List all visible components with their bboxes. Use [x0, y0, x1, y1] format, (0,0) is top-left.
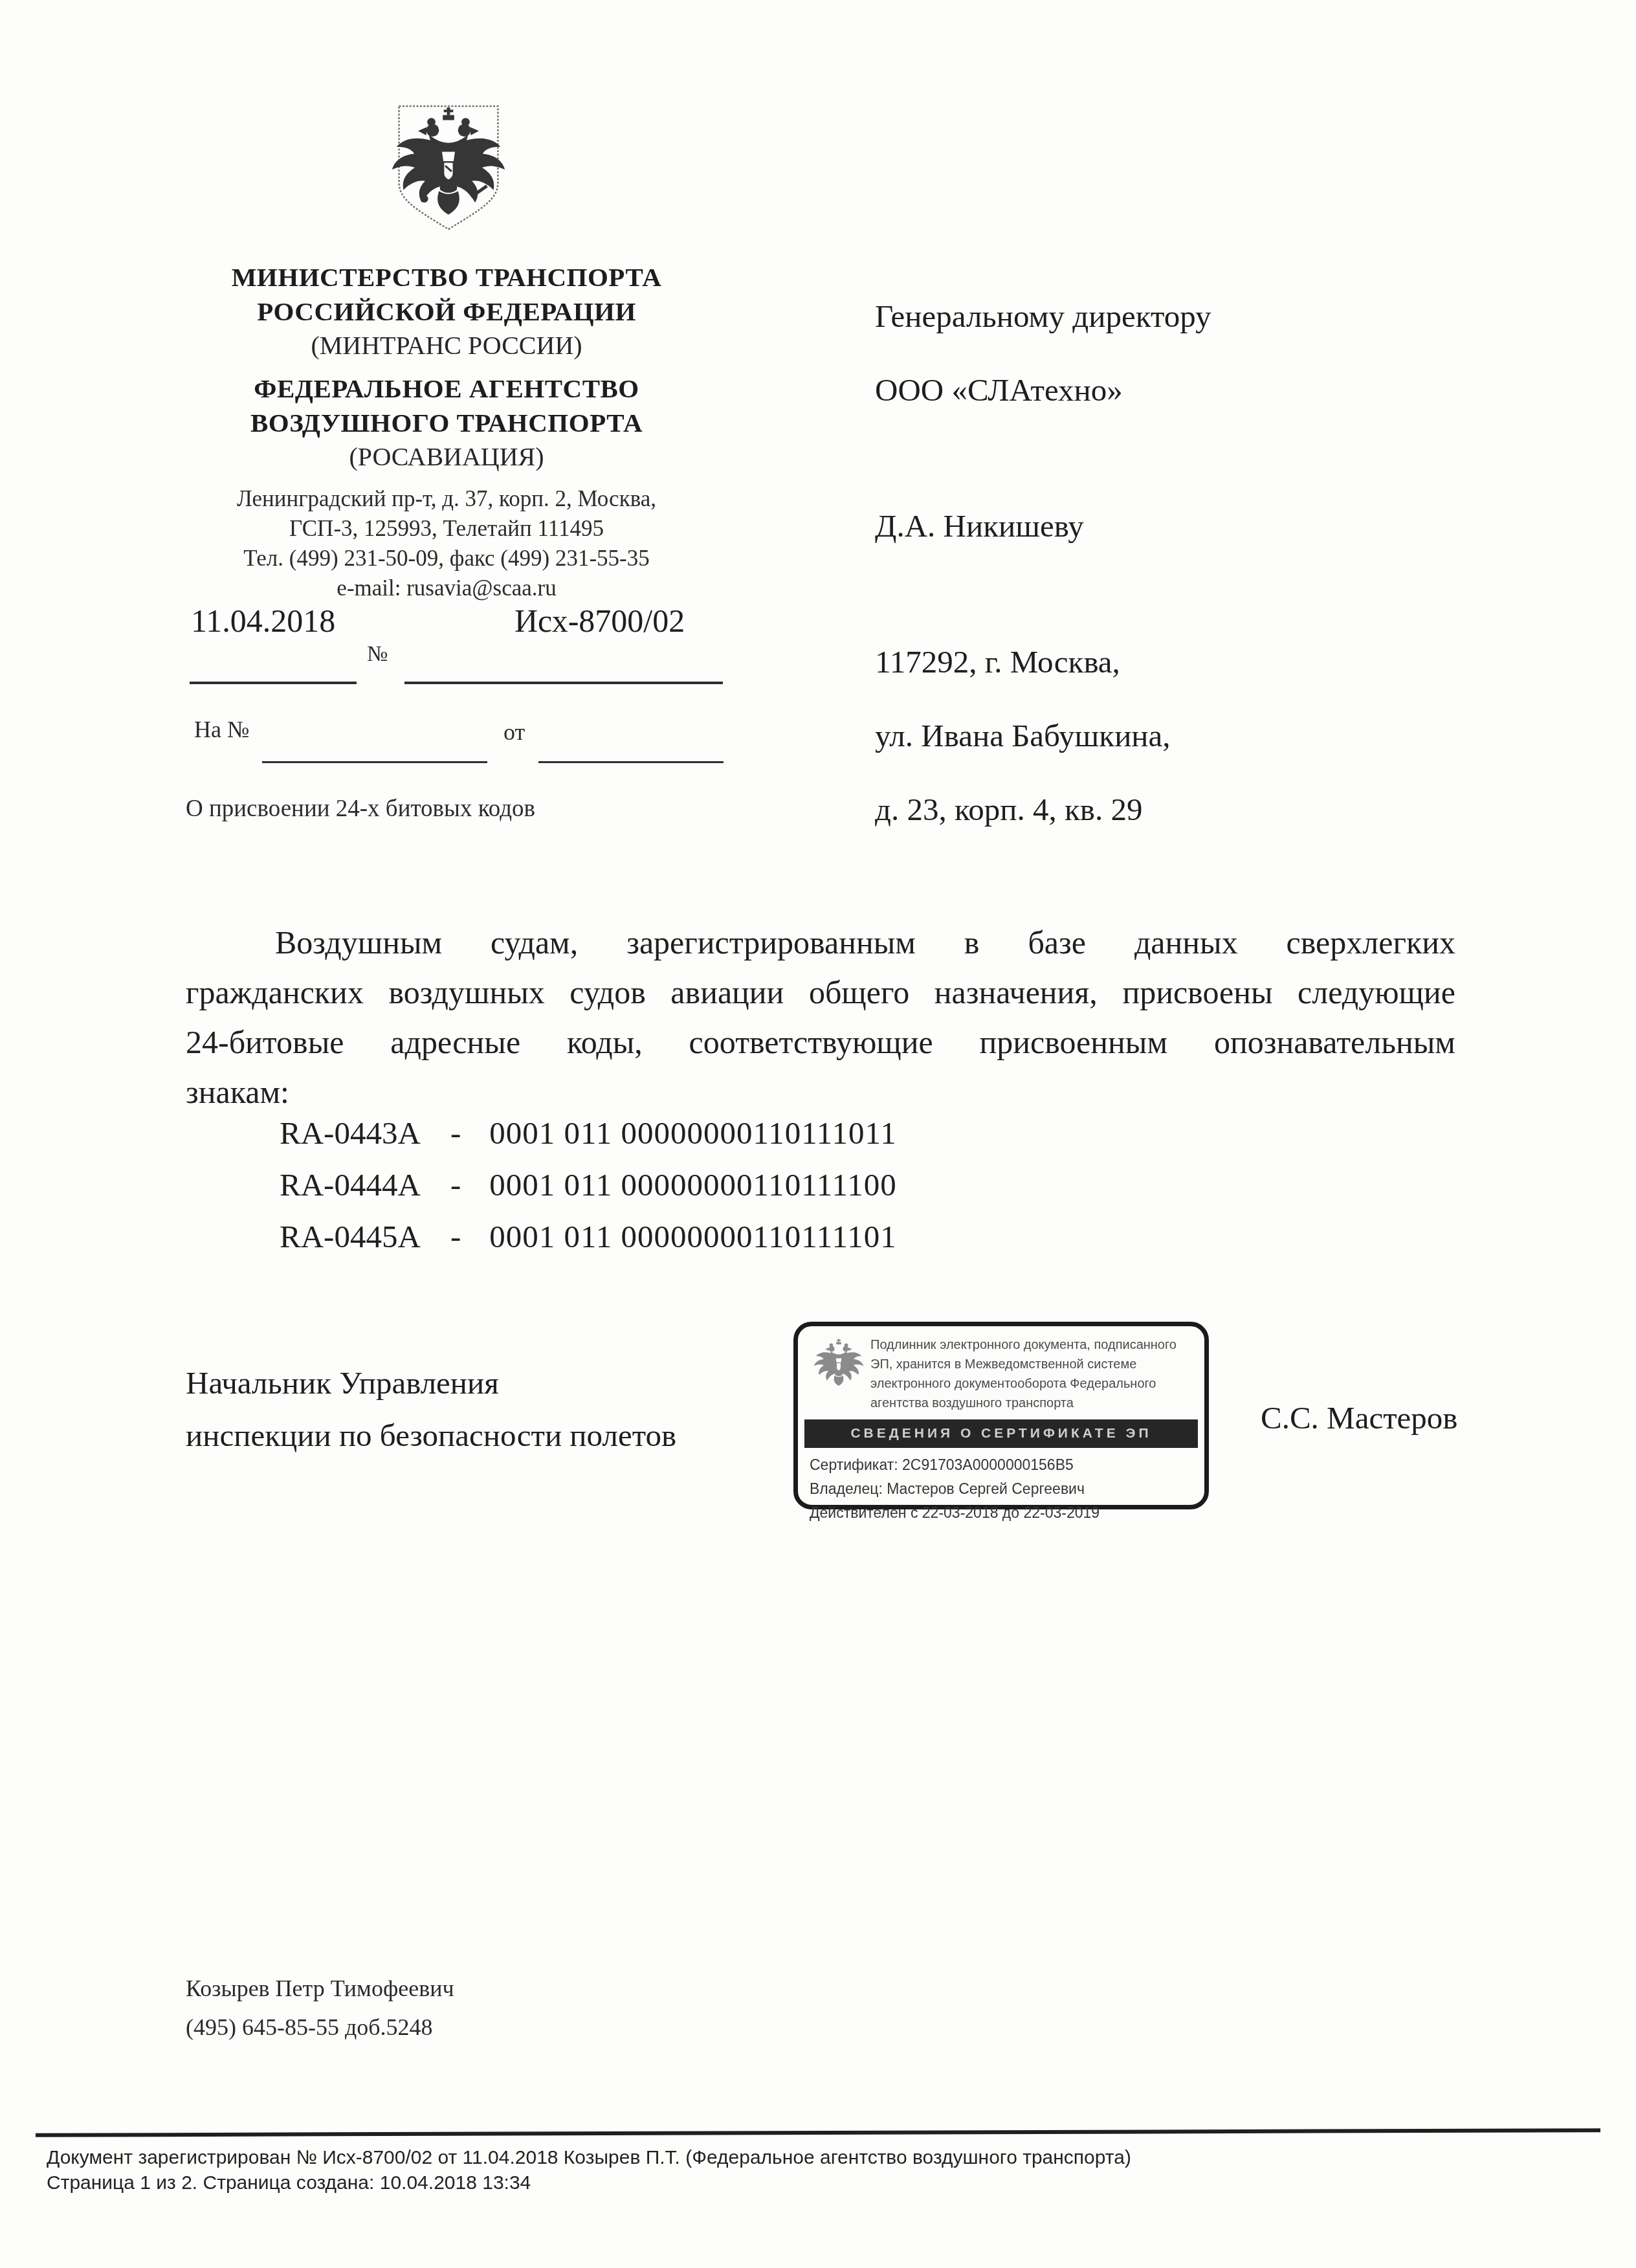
recipient-line: Д.А. Никишеву [875, 489, 1496, 563]
signer-name: С.С. Мастеров [1261, 1399, 1457, 1436]
ministry-name-line: МИНИСТЕРСТВО ТРАНСПОРТА [165, 260, 728, 295]
number-underline [404, 682, 723, 684]
address-code: 0001 011 00000000110111011 [489, 1115, 896, 1151]
separator: - [450, 1218, 461, 1255]
signer-title: Начальник Управления инспекции по безопа… [186, 1357, 676, 1462]
esignature-stamp: Подлинник электронного документа, подпис… [793, 1322, 1209, 1509]
date-underline [190, 682, 357, 684]
contact-line: e-mail: rusavia@scaa.ru [165, 573, 728, 603]
recipient-line: Генеральному директору [875, 280, 1496, 353]
certificate-bar-title: СВЕДЕНИЯ О СЕРТИФИКАТЕ ЭП [804, 1419, 1198, 1448]
number-sign: № [367, 642, 388, 667]
address-code: 0001 011 00000000110111101 [489, 1218, 896, 1255]
certificate-owner-line: Владелец: Мастеров Сергей Сергеевич [798, 1477, 1204, 1501]
agency-name-line: ВОЗДУШНОГО ТРАНСПОРТА [165, 406, 728, 440]
recipient-line: д. 23, корп. 4, кв. 29 [875, 773, 1496, 847]
scanned-letter-page: МИНИСТЕРСТВО ТРАНСПОРТА РОССИЙСКОЙ ФЕДЕР… [0, 0, 1636, 2268]
recipient-line: 117292, г. Москва, [875, 625, 1496, 699]
signer-title-line: инспекции по безопасности полетов [186, 1409, 676, 1462]
subject-line: О присвоении 24-х битовых кодов [186, 795, 535, 823]
ministry-name-line: РОССИЙСКОЙ ФЕДЕРАЦИИ [165, 295, 728, 329]
agency-contacts: Ленинградский пр-т, д. 37, корп. 2, Моск… [165, 484, 728, 603]
agency-name-line: ФЕДЕРАЛЬНОЕ АГЕНТСТВО [165, 372, 728, 406]
owner-label: Владелец: [810, 1480, 883, 1497]
stamp-header-text: Подлинник электронного документа, подпис… [870, 1335, 1197, 1413]
registration-footer: Документ зарегистрирован № Исх-8700/02 о… [47, 2145, 1567, 2196]
aircraft-reg: RA-0445A [280, 1218, 441, 1255]
letter-date: 11.04.2018 [191, 602, 335, 639]
page-info-footer-line: Страница 1 из 2. Страница создана: 10.04… [47, 2170, 1567, 2196]
aircraft-reg: RA-0443A [280, 1115, 441, 1151]
executor-block: Козырев Петр Тимофеевич (495) 645-85-55 … [186, 1969, 454, 2047]
code-row: RA-0444A - 0001 011 00000000110111100 [280, 1166, 897, 1218]
registration-footer-line: Документ зарегистрирован № Исх-8700/02 о… [47, 2145, 1567, 2170]
ministry-short-name: (МИНТРАНС РОССИИ) [165, 329, 728, 362]
certificate-number-line: Сертификат: 2C91703A0000000156B5 [798, 1453, 1204, 1477]
letterhead: МИНИСТЕРСТВО ТРАНСПОРТА РОССИЙСКОЙ ФЕДЕР… [165, 260, 728, 603]
code-row: RA-0445A - 0001 011 00000000110111101 [280, 1218, 897, 1270]
address-codes-list: RA-0443A - 0001 011 00000000110111011 RA… [280, 1115, 897, 1270]
from-underline [538, 761, 724, 763]
recipient-line: ООО «СЛАтехно» [875, 353, 1496, 427]
address-code: 0001 011 00000000110111100 [489, 1166, 896, 1203]
contact-line: ГСП-3, 125993, Телетайп 111495 [165, 514, 728, 544]
aircraft-reg: RA-0444A [280, 1166, 441, 1203]
separator: - [450, 1115, 461, 1151]
executor-phone: (495) 645-85-55 доб.5248 [186, 2008, 454, 2047]
signer-title-line: Начальник Управления [186, 1357, 676, 1409]
recipient-line: ул. Ивана Бабушкина, [875, 699, 1496, 773]
russia-coat-of-arms-icon [385, 104, 512, 237]
on-number-underline [262, 761, 487, 763]
body-paragraph: Воздушным судам, зарегистрированным в ба… [186, 918, 1455, 1117]
executor-name: Козырев Петр Тимофеевич [186, 1969, 454, 2008]
recipient-block: Генеральному директору ООО «СЛАтехно» Д.… [875, 280, 1496, 847]
contact-line: Тел. (499) 231-50-09, факс (499) 231-55-… [165, 544, 728, 573]
certificate-value: 2C91703A0000000156B5 [902, 1456, 1074, 1473]
from-label: от [503, 718, 525, 746]
contact-line: Ленинградский пр-т, д. 37, корп. 2, Моск… [165, 484, 728, 514]
certificate-validity-line: Действителен с 22-03-2018 до 22-03-2019 [798, 1501, 1204, 1525]
rosaviatsiya-eagle-icon [811, 1337, 867, 1396]
letter-number: Исх-8700/02 [514, 602, 685, 639]
separator: - [450, 1166, 461, 1203]
on-number-label: На № [194, 716, 249, 743]
footer-rule [36, 2128, 1600, 2137]
owner-value: Мастеров Сергей Сергеевич [887, 1480, 1085, 1497]
certificate-label: Сертификат: [810, 1456, 898, 1473]
code-row: RA-0443A - 0001 011 00000000110111011 [280, 1115, 897, 1166]
agency-short-name: (РОСАВИАЦИЯ) [165, 440, 728, 474]
